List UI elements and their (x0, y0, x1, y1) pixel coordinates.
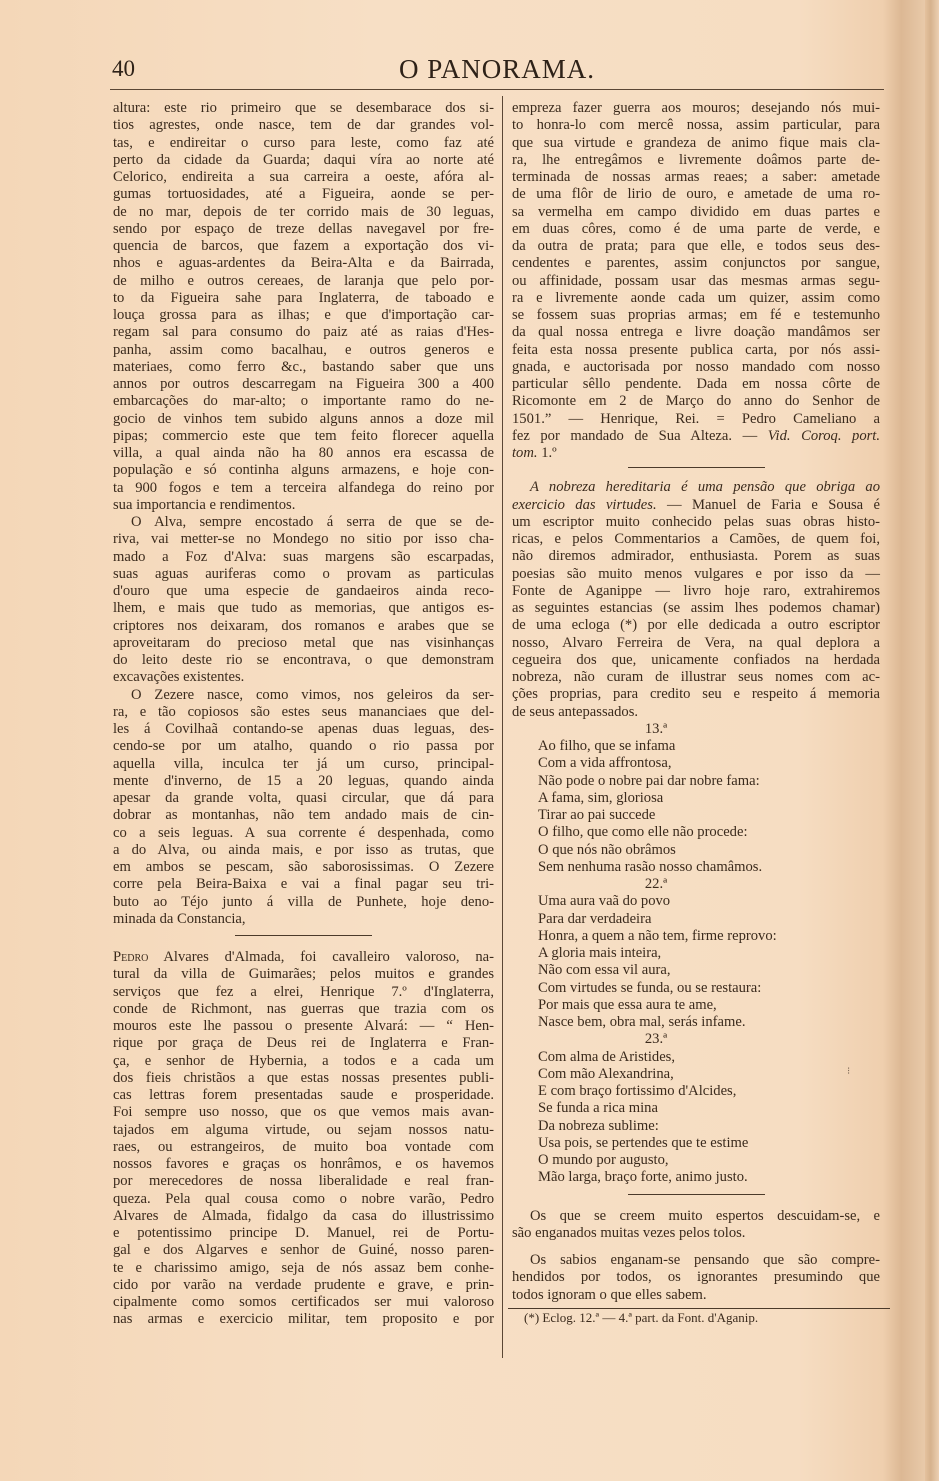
stanza-number: 23.ª (512, 1031, 880, 1048)
text-line: exercicio das virtudes. — Manuel de Fari… (512, 497, 880, 514)
text-line: as seguintes estancias (se assim lhes po… (512, 600, 880, 617)
text-line: sua importancia e rendimentos. (113, 497, 494, 514)
stanza: Ao filho, que se infamaCom a vida affron… (512, 738, 880, 876)
verse-line: Ao filho, que se infama (538, 738, 880, 755)
verse-line: O que nós não obrâmos (538, 842, 880, 859)
text-line: Fonte de Aganippe — livro hoje raro, ext… (512, 583, 880, 600)
page-header: 40 O PANORAMA. (110, 52, 884, 92)
verse-line: Não com essa vil aura, (538, 962, 880, 979)
verse-line: O filho, que como elle não procede: (538, 824, 880, 841)
text-line: gal e dos Algarves e senhor de Guiné, no… (113, 1242, 494, 1259)
text-line: hendidos por todos, os ignorantes presum… (512, 1269, 880, 1286)
print-mark: ⁝ (847, 1066, 850, 1077)
text-line: do leito deste rio se encontrava, o que … (113, 652, 494, 669)
text-line: annos por outros descarregam na Figueira… (113, 376, 494, 393)
verse-line: O mundo por augusto, (538, 1152, 880, 1169)
text-line: a do Alva, ou ainda mais, e por isso as … (113, 842, 494, 859)
text-line: sendo por espaço de treze dellas navegav… (113, 221, 494, 238)
text-line: empreza fazer guerra aos mouros; desejan… (512, 100, 880, 117)
text-line: apesar da grande volta, quasi circular, … (113, 790, 494, 807)
text-line: cipalmente como somos certificados ser m… (113, 1294, 494, 1311)
verse-line: Com mão Alexandrina, (538, 1066, 880, 1083)
text-line: particular sêllo pendente. Dada em nossa… (512, 376, 880, 393)
verse-line: A fama, sim, gloriosa (538, 790, 880, 807)
text-line: gumas tortuosidades, até a Figueira, aon… (113, 186, 494, 203)
text-line: tajados em alguma virtude, ou sejam noss… (113, 1122, 494, 1139)
verse-line: Sem nenhuma rasão nosso chamâmos. (538, 859, 880, 876)
paragraph-gap (512, 1242, 880, 1252)
text-line: mouros este lhe passou o presente Alvará… (113, 1018, 494, 1035)
text-line: to honra-lo com mercê nossa, assim parti… (512, 117, 880, 134)
stanza-number: 13.ª (512, 721, 880, 738)
verse-line: A gloria mais inteira, (538, 945, 880, 962)
text-line: materiaes, como ferro &c., bastando sabe… (113, 359, 494, 376)
text-line: serviços que fez a elrei, Henrique 7.º d… (113, 984, 494, 1001)
text-line: ra, lhe entregâmos e livremente doâmos p… (512, 152, 880, 169)
text-line: aproveitaram do precioso metal que nas v… (113, 635, 494, 652)
text-line: mado a Foz d'Alva: suas margens são esca… (113, 549, 494, 566)
section-separator (628, 1194, 765, 1195)
text-line: cendentes e parentes, assim conjunctos p… (512, 255, 880, 272)
text-line: tom. 1.º (512, 445, 880, 462)
text-line: ra e livremente aonde cada um quizer, as… (512, 290, 880, 307)
text-line: raes, ou estrangeiros, de muito boa vont… (113, 1139, 494, 1156)
article-nobreza: A nobreza hereditaria é uma pensão que o… (512, 479, 880, 1186)
periodical-title: O PANORAMA. (110, 54, 884, 85)
stanza: Uma aura vaã do povoPara dar verdadeiraH… (512, 893, 880, 1031)
text-line: ricas, e pelos Commentarios a Camões, de… (512, 531, 880, 548)
text-line: de uma ecloga (*) por elle dedicada a ou… (512, 617, 880, 634)
article-almada-continued: empreza fazer guerra aos mouros; desejan… (512, 100, 880, 462)
text-line: ra, e tão copiosos são estes seus mananc… (113, 704, 494, 721)
text-line: altura: este rio primeiro que se desemba… (113, 100, 494, 117)
text-line: em duas côres, como é de uma parte de ve… (512, 221, 880, 238)
text-line: Foi sempre uso nosso, que os que vemos m… (113, 1104, 494, 1121)
verse-line: E com braço fortissimo d'Alcides, (538, 1083, 880, 1100)
text-line: feita esta nossa presente publica carta,… (512, 342, 880, 359)
text-line: minada da Constancia, (113, 911, 494, 928)
text-line: criptores nos deixaram, dos romanos e ar… (113, 618, 494, 635)
text-line: da qual nossa entrega e livre doação man… (512, 324, 880, 341)
paragraph-alva: O Alva, sempre encostado á serra de que … (113, 514, 494, 687)
maxims: Os que se creem muito espertos descuidam… (512, 1208, 880, 1304)
text-line: suas aguas auriferas como o provam as pa… (113, 566, 494, 583)
verse-line: Se funda a rica mina (538, 1100, 880, 1117)
text-line: ta 900 fogos e tem a terceira alfandega … (113, 480, 494, 497)
text-line: riva, vai metter-se no Mondego no sitio … (113, 531, 494, 548)
text-line: O Alva, sempre encostado á serra de que … (113, 514, 494, 531)
right-column: empreza fazer guerra aos mouros; desejan… (512, 100, 880, 1326)
text-line: co a seis leguas. A sua corrente é despe… (113, 825, 494, 842)
verse-line: Nasce bem, obra mal, serás infame. (538, 1014, 880, 1031)
text-line: cendo-se por um atalho, quando o rio pas… (113, 738, 494, 755)
verse-line: Para dar verdadeira (538, 911, 880, 928)
text-line: villa, a qual ainda não ha 80 annos era … (113, 445, 494, 462)
text-line: se fossem suas proprias armas; em fé e t… (512, 307, 880, 324)
text-line: queza. Pela qual cousa como o nobre varã… (113, 1191, 494, 1208)
text-line: Alvares de Almada, fidalgo da casa do il… (113, 1208, 494, 1225)
text-line: pipas; commercio este que tem feito flor… (113, 428, 494, 445)
verse-line: Uma aura vaã do povo (538, 893, 880, 910)
text-line: fez por mandado de Sua Alteza. — Vid. Co… (512, 428, 880, 445)
column-divider (502, 96, 503, 1358)
text-line: ções proprias, para credito seu e respei… (512, 686, 880, 703)
text-line: Os que se creem muito espertos descuidam… (512, 1208, 880, 1225)
text-line: tural da villa de Guimarães; pelos muito… (113, 966, 494, 983)
text-line: aquella villa, inculca ter já um curso, … (113, 756, 494, 773)
text-line: nobreza, não curam de illustrar seus nom… (512, 669, 880, 686)
verse-line: Com alma de Aristides, (538, 1049, 880, 1066)
text-line: população e só continha alguns armazens,… (113, 462, 494, 479)
maxim-paragraph: Os sabios enganam-se pensando que são co… (512, 1252, 880, 1304)
text-line: Os sabios enganam-se pensando que são co… (512, 1252, 880, 1269)
text-line: les á Covilhaã contando-se apenas duas l… (113, 721, 494, 738)
text-line: gocio de vinhos tem subido alguns annos … (113, 411, 494, 428)
text-line: de seus antepassados. (512, 704, 880, 721)
text-line: todos ignoram o que elles sabem. (512, 1287, 880, 1304)
left-column: altura: este rio primeiro que se desemba… (113, 100, 494, 1329)
text-line: nhos e aguas-ardentes da Beira-Alta e da… (113, 255, 494, 272)
italic-heading-line: A nobreza hereditaria é uma pensão que o… (512, 479, 880, 496)
text-line: tios agrestes, onde nasce, tem de dar gr… (113, 117, 494, 134)
verse-line: Com a vida affrontosa, (538, 755, 880, 772)
text-line: excavações existentes. (113, 669, 494, 686)
text-line: de no mar, depois de ter corrido mais de… (113, 204, 494, 221)
text-line: dos fieis christãos a que estas nossas p… (113, 1070, 494, 1087)
poem: 13.ªAo filho, que se infamaCom a vida af… (512, 721, 880, 1187)
lead-word: Pedro (113, 949, 148, 965)
article-almada: Pedro Alvares d'Almada, foi cavalleiro v… (113, 949, 494, 1329)
text-line: to da Figueira sahe para Inglaterra, de … (113, 290, 494, 307)
text-line: louça grossa para as ilhas; e que d'impo… (113, 307, 494, 324)
text-line: terminada de nossas armas reaes; a saber… (512, 169, 880, 186)
citation: Vid. Coroq. port. (768, 428, 880, 444)
text-line: quencia de barcos, que fazem a exportaçã… (113, 238, 494, 255)
text-line: não diremos admirador, enthusiasta. Pore… (512, 548, 880, 565)
text-line: mente d'inverno, de 15 a 20 leguas, quan… (113, 773, 494, 790)
text-line: d'ouro que uma especie de gandaeiros ain… (113, 583, 494, 600)
section-separator (235, 935, 372, 936)
footnote: (*) Eclog. 12.ª — 4.ª part. da Font. d'A… (512, 1309, 880, 1326)
text-line: ça, e senhor de Hybernia, a todos e a ca… (113, 1053, 494, 1070)
text-line: em ambos se pescam, são saborosissimas. … (113, 859, 494, 876)
text-line: embarcações do mar-alto; o importante ra… (113, 393, 494, 410)
text-line: perto da cidade da Guarda; daqui víra ao… (113, 152, 494, 169)
text-line: te e charissimo amigo, seja de nós assaz… (113, 1260, 494, 1277)
text-line: da outra de prata; para que elle, e todo… (512, 238, 880, 255)
verse-line: Por mais que essa aura te ame, (538, 997, 880, 1014)
text-line: lhem, e mais que tudo as memorias, que a… (113, 600, 494, 617)
text-line: corre pela Beira-Baixa e vai a final pag… (113, 876, 494, 893)
text-line: e potentissimo principe D. Manuel, rei d… (113, 1225, 494, 1242)
text-line: Ricomonte em 2 de Março do anno do Senho… (512, 393, 880, 410)
text-line: regam sal para consumo do paiz até as ra… (113, 324, 494, 341)
text-line: por merecedores de nossa liberalidade e … (113, 1173, 494, 1190)
text-line: cido por varão na verdade prudente e gra… (113, 1277, 494, 1294)
text-line: sa vermelha em campo dividido em duas pa… (512, 204, 880, 221)
verse-line: Da nobreza sublime: (538, 1118, 880, 1135)
text-line: são enganados muitas vezes pelos tolos. (512, 1225, 880, 1242)
header-rule (110, 89, 884, 90)
text-line: nas armas e exercicio militar, tem propo… (113, 1311, 494, 1328)
section-separator (628, 467, 765, 468)
text-line: tas, e endireitar o curso para leste, co… (113, 135, 494, 152)
article-rivers: altura: este rio primeiro que se desemba… (113, 100, 494, 514)
verse-line: Usa pois, se pertendes que te estime (538, 1135, 880, 1152)
text-line: de uma flôr de lirio de ouro, e ametade … (512, 186, 880, 203)
paragraph-zezere: O Zezere nasce, como vimos, nos geleiros… (113, 687, 494, 929)
text-line: Celorico, endireita a sua carreira a oes… (113, 169, 494, 186)
stanza-number: 22.ª (512, 876, 880, 893)
text-line: Pedro Alvares d'Almada, foi cavalleiro v… (113, 949, 494, 966)
text-line: rique por graça de Deus rei de Inglaterr… (113, 1035, 494, 1052)
page-edge (925, 0, 939, 1481)
text-line: que sua virtude e grandeza de animo fiqu… (512, 135, 880, 152)
verse-line: Não pode o nobre pai dar nobre fama: (538, 773, 880, 790)
verse-line: Tirar ao pai succede (538, 807, 880, 824)
text-line: cegueira dos que, unicamente confiados n… (512, 652, 880, 669)
text-line: O Zezere nasce, como vimos, nos geleiros… (113, 687, 494, 704)
verse-line: Honra, a quem a não tem, firme reprovo: (538, 928, 880, 945)
text-line: nosso, Alvaro Ferreira de Vera, na qual … (512, 635, 880, 652)
text-line: gnada, e auctorisada por nosso mandado c… (512, 359, 880, 376)
maxim-paragraph: Os que se creem muito espertos descuidam… (512, 1208, 880, 1243)
text-line: poesias são muito menos vulgares e por i… (512, 566, 880, 583)
verse-line: Mão larga, braço forte, animo justo. (538, 1169, 880, 1186)
text-line: panha, assim como bacalhau, e outros gen… (113, 342, 494, 359)
text-line: cas lettras forem presentadas saude e pr… (113, 1087, 494, 1104)
text-line: um escriptor muito conhecido pelas suas … (512, 514, 880, 531)
text-line: 1501.” — Henrique, Rei. = Pedro Camelian… (512, 411, 880, 428)
text-line: ou affinidade, possam usar das mesmas ar… (512, 273, 880, 290)
text-line: de milho e outros cereaes, de laranja qu… (113, 273, 494, 290)
text-line: dobrar as montanhas, não tem andado mais… (113, 807, 494, 824)
verse-line: Com virtudes se funda, ou se restaura: (538, 980, 880, 997)
text-line: conde de Richmont, nas guerras que trazi… (113, 1001, 494, 1018)
stanza: Com alma de Aristides,Com mão Alexandrin… (512, 1049, 880, 1187)
text-line: nossos favores e graças os honrâmos, e o… (113, 1156, 494, 1173)
text-line: buto ao Téjo junto á villa de Punhete, h… (113, 894, 494, 911)
